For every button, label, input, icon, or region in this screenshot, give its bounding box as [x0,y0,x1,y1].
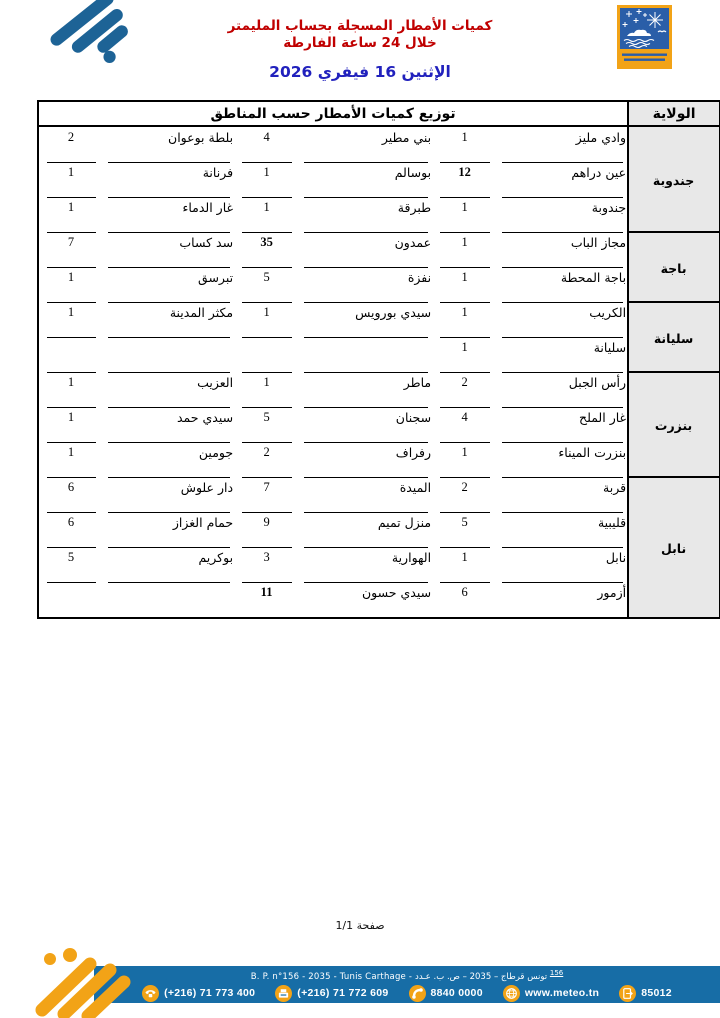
station-name-cell: العزيب [104,372,234,407]
station-name-cell: سيدي بورويس [300,302,432,337]
rain-value-cell: 4 [432,407,498,442]
contact-label: 8840 0000 [431,987,483,999]
table-row: بنزرت الميناء1رفراف2جومين1 [38,442,720,477]
rain-value-cell: 1 [432,337,498,372]
rainfall-table-wrap: الولاية توزيع كميات الأمطار حسب المناطق … [37,100,720,619]
station-name-cell: بوكريم [104,547,234,582]
wilaya-cell: نابل [628,477,720,618]
contact-label: 85012 [641,987,672,999]
rain-value-cell: 1 [432,126,498,162]
rain-value-cell: 1 [432,267,498,302]
rain-value-cell: 1 [38,442,104,477]
table-row: قليبية5منزل تميم9حمام الغزاز6 [38,512,720,547]
table-row: أزمور6سيدي حسون11 [38,582,720,618]
rain-table: الولاية توزيع كميات الأمطار حسب المناطق … [37,100,720,619]
station-name-cell: طبرقة [300,197,432,232]
rain-value-cell: 4 [234,126,300,162]
station-name-cell: رفراف [300,442,432,477]
globe-icon [503,985,520,1002]
station-name-cell: الكريب [498,302,628,337]
rain-value-cell: 1 [432,442,498,477]
rain-value-cell: 1 [234,197,300,232]
page-number: صفحة 1/1 [0,919,720,932]
inm-emblem-logo [617,5,672,69]
rain-value-cell: 2 [234,442,300,477]
station-name-cell: جندوبة [498,197,628,232]
rain-value-cell: 1 [432,547,498,582]
wilaya-cell: بنزرت [628,372,720,477]
station-name-cell: غار الدماء [104,197,234,232]
contact-item: www.meteo.tn [503,985,599,1002]
station-name-cell: عين دراهم [498,162,628,197]
rain-value-cell: 2 [432,372,498,407]
rain-table-body: جندوبةوادي مليز1بني مطير4بلطة بوعوان2عين… [38,126,720,618]
station-name-cell: بنزرت الميناء [498,442,628,477]
table-row: بنزرترأس الجبل2ماطر1العزيب1 [38,372,720,407]
rain-value-cell: 5 [234,407,300,442]
address-fr: B. P. n°156 - 2035 - Tunis Carthage - [251,972,415,982]
wilaya-column-header: الولاية [628,101,720,126]
wilaya-cell: جندوبة [628,126,720,232]
station-name-cell [104,337,234,372]
wilaya-cell: سليانة [628,302,720,372]
title-line-2: خلال 24 ساعة الفارطة [0,35,720,52]
rain-value-cell: 1 [234,372,300,407]
rain-value-cell: 12 [432,162,498,197]
station-name-cell: جومين [104,442,234,477]
table-row: نابل1الهوارية3بوكريم5 [38,547,720,582]
contact-item: 85012 [619,985,672,1002]
table-row: باجة المحطة1نفزة5تبرسق1 [38,267,720,302]
contact-label: (+216) 71 772 609 [297,987,388,999]
station-name-cell: عمدون [300,232,432,267]
station-name-cell: مكثر المدينة [104,302,234,337]
rain-value-cell [38,582,104,618]
rain-value-cell: 7 [234,477,300,512]
wilaya-cell: باجة [628,232,720,302]
station-name-cell: نابل [498,547,628,582]
title-line-1: كميات الأمطار المسجلة بحساب المليمتر [0,18,720,35]
rain-value-cell: 5 [38,547,104,582]
call-center-icon [409,985,426,1002]
rain-value-cell: 1 [432,197,498,232]
contact-item: 8840 0000 [409,985,483,1002]
rain-value-cell: 5 [234,267,300,302]
station-name-cell: تبرسق [104,267,234,302]
rain-value-cell: 1 [432,302,498,337]
station-name-cell: باجة المحطة [498,267,628,302]
contact-label: www.meteo.tn [525,987,599,999]
station-name-cell: قربة [498,477,628,512]
contact-label: (+216) 71 773 400 [164,987,255,999]
date-line: الإثنين 16 فيفري 2026 [0,63,720,81]
station-name-cell [300,337,432,372]
rain-value-cell: 1 [38,197,104,232]
rain-value-cell: 1 [234,302,300,337]
station-name-cell: قليبية [498,512,628,547]
station-name-cell: وادي مليز [498,126,628,162]
rainfall-bulletin-page: كميات الأمطار المسجلة بحساب المليمتر خلا… [0,0,720,1018]
sms-icon [619,985,636,1002]
rain-value-cell [38,337,104,372]
rain-value-cell: 1 [38,302,104,337]
rain-value-cell: 11 [234,582,300,618]
rain-value-cell: 35 [234,232,300,267]
rain-value-cell: 6 [432,582,498,618]
table-row: عين دراهم12بوسالم1فرنانة1 [38,162,720,197]
rain-value-cell: 1 [38,372,104,407]
rain-value-cell: 1 [38,407,104,442]
station-name-cell: الميدة [300,477,432,512]
document-header: كميات الأمطار المسجلة بحساب المليمتر خلا… [0,18,720,81]
table-row: سليانة1 [38,337,720,372]
rain-value-cell: 1 [38,162,104,197]
station-name-cell: دار علوش [104,477,234,512]
station-name-cell: سد كساب [104,232,234,267]
station-name-cell: سليانة [498,337,628,372]
contact-item: (+216) 71 772 609 [275,985,388,1002]
rain-value-cell: 9 [234,512,300,547]
station-name-cell: أزمور [498,582,628,618]
table-row: سليانةالكريب1سيدي بورويس1مكثر المدينة1 [38,302,720,337]
rain-value-cell: 1 [38,267,104,302]
station-name-cell: فرنانة [104,162,234,197]
footer-contacts: (+216) 71 773 400(+216) 71 772 6098840 0… [94,985,720,1002]
station-name-cell: منزل تميم [300,512,432,547]
station-name-cell: سيدي حسون [300,582,432,618]
footer-strokes-decoration [28,944,153,1018]
rain-value-cell: 2 [38,126,104,162]
station-name-cell: مجاز الباب [498,232,628,267]
rain-value-cell: 6 [38,477,104,512]
station-name-cell: بلطة بوعوان [104,126,234,162]
address-number: 156 [550,969,563,977]
address-ar: تونس قرطاج – 2035 – ص. ب. عـدد [415,972,547,982]
rain-value-cell: 5 [432,512,498,547]
regions-header: توزيع كميات الأمطار حسب المناطق [38,101,628,126]
fax-icon [275,985,292,1002]
station-name-cell: ماطر [300,372,432,407]
station-name-cell: غار الملح [498,407,628,442]
station-name-cell: بني مطير [300,126,432,162]
table-row: باجةمجاز الباب1عمدون35سد كساب7 [38,232,720,267]
table-row: جندوبةوادي مليز1بني مطير4بلطة بوعوان2 [38,126,720,162]
station-name-cell: نفزة [300,267,432,302]
rain-value-cell: 1 [432,232,498,267]
station-name-cell: رأس الجبل [498,372,628,407]
rain-value-cell: 6 [38,512,104,547]
contact-item: (+216) 71 773 400 [142,985,255,1002]
footer-address: B. P. n°156 - 2035 - Tunis Carthage - تو… [94,966,720,982]
rain-value-cell: 3 [234,547,300,582]
station-name-cell: سيدي حمد [104,407,234,442]
rain-value-cell: 2 [432,477,498,512]
table-row: نابلقربة2الميدة7دار علوش6 [38,477,720,512]
station-name-cell: بوسالم [300,162,432,197]
station-name-cell: الهوارية [300,547,432,582]
rain-value-cell [234,337,300,372]
station-name-cell [104,582,234,618]
station-name-cell: حمام الغزاز [104,512,234,547]
station-name-cell: سجنان [300,407,432,442]
rain-value-cell: 7 [38,232,104,267]
table-row: جندوبة1طبرقة1غار الدماء1 [38,197,720,232]
footer-band: B. P. n°156 - 2035 - Tunis Carthage - تو… [94,966,720,1003]
table-row: غار الملح4سجنان5سيدي حمد1 [38,407,720,442]
rain-value-cell: 1 [234,162,300,197]
